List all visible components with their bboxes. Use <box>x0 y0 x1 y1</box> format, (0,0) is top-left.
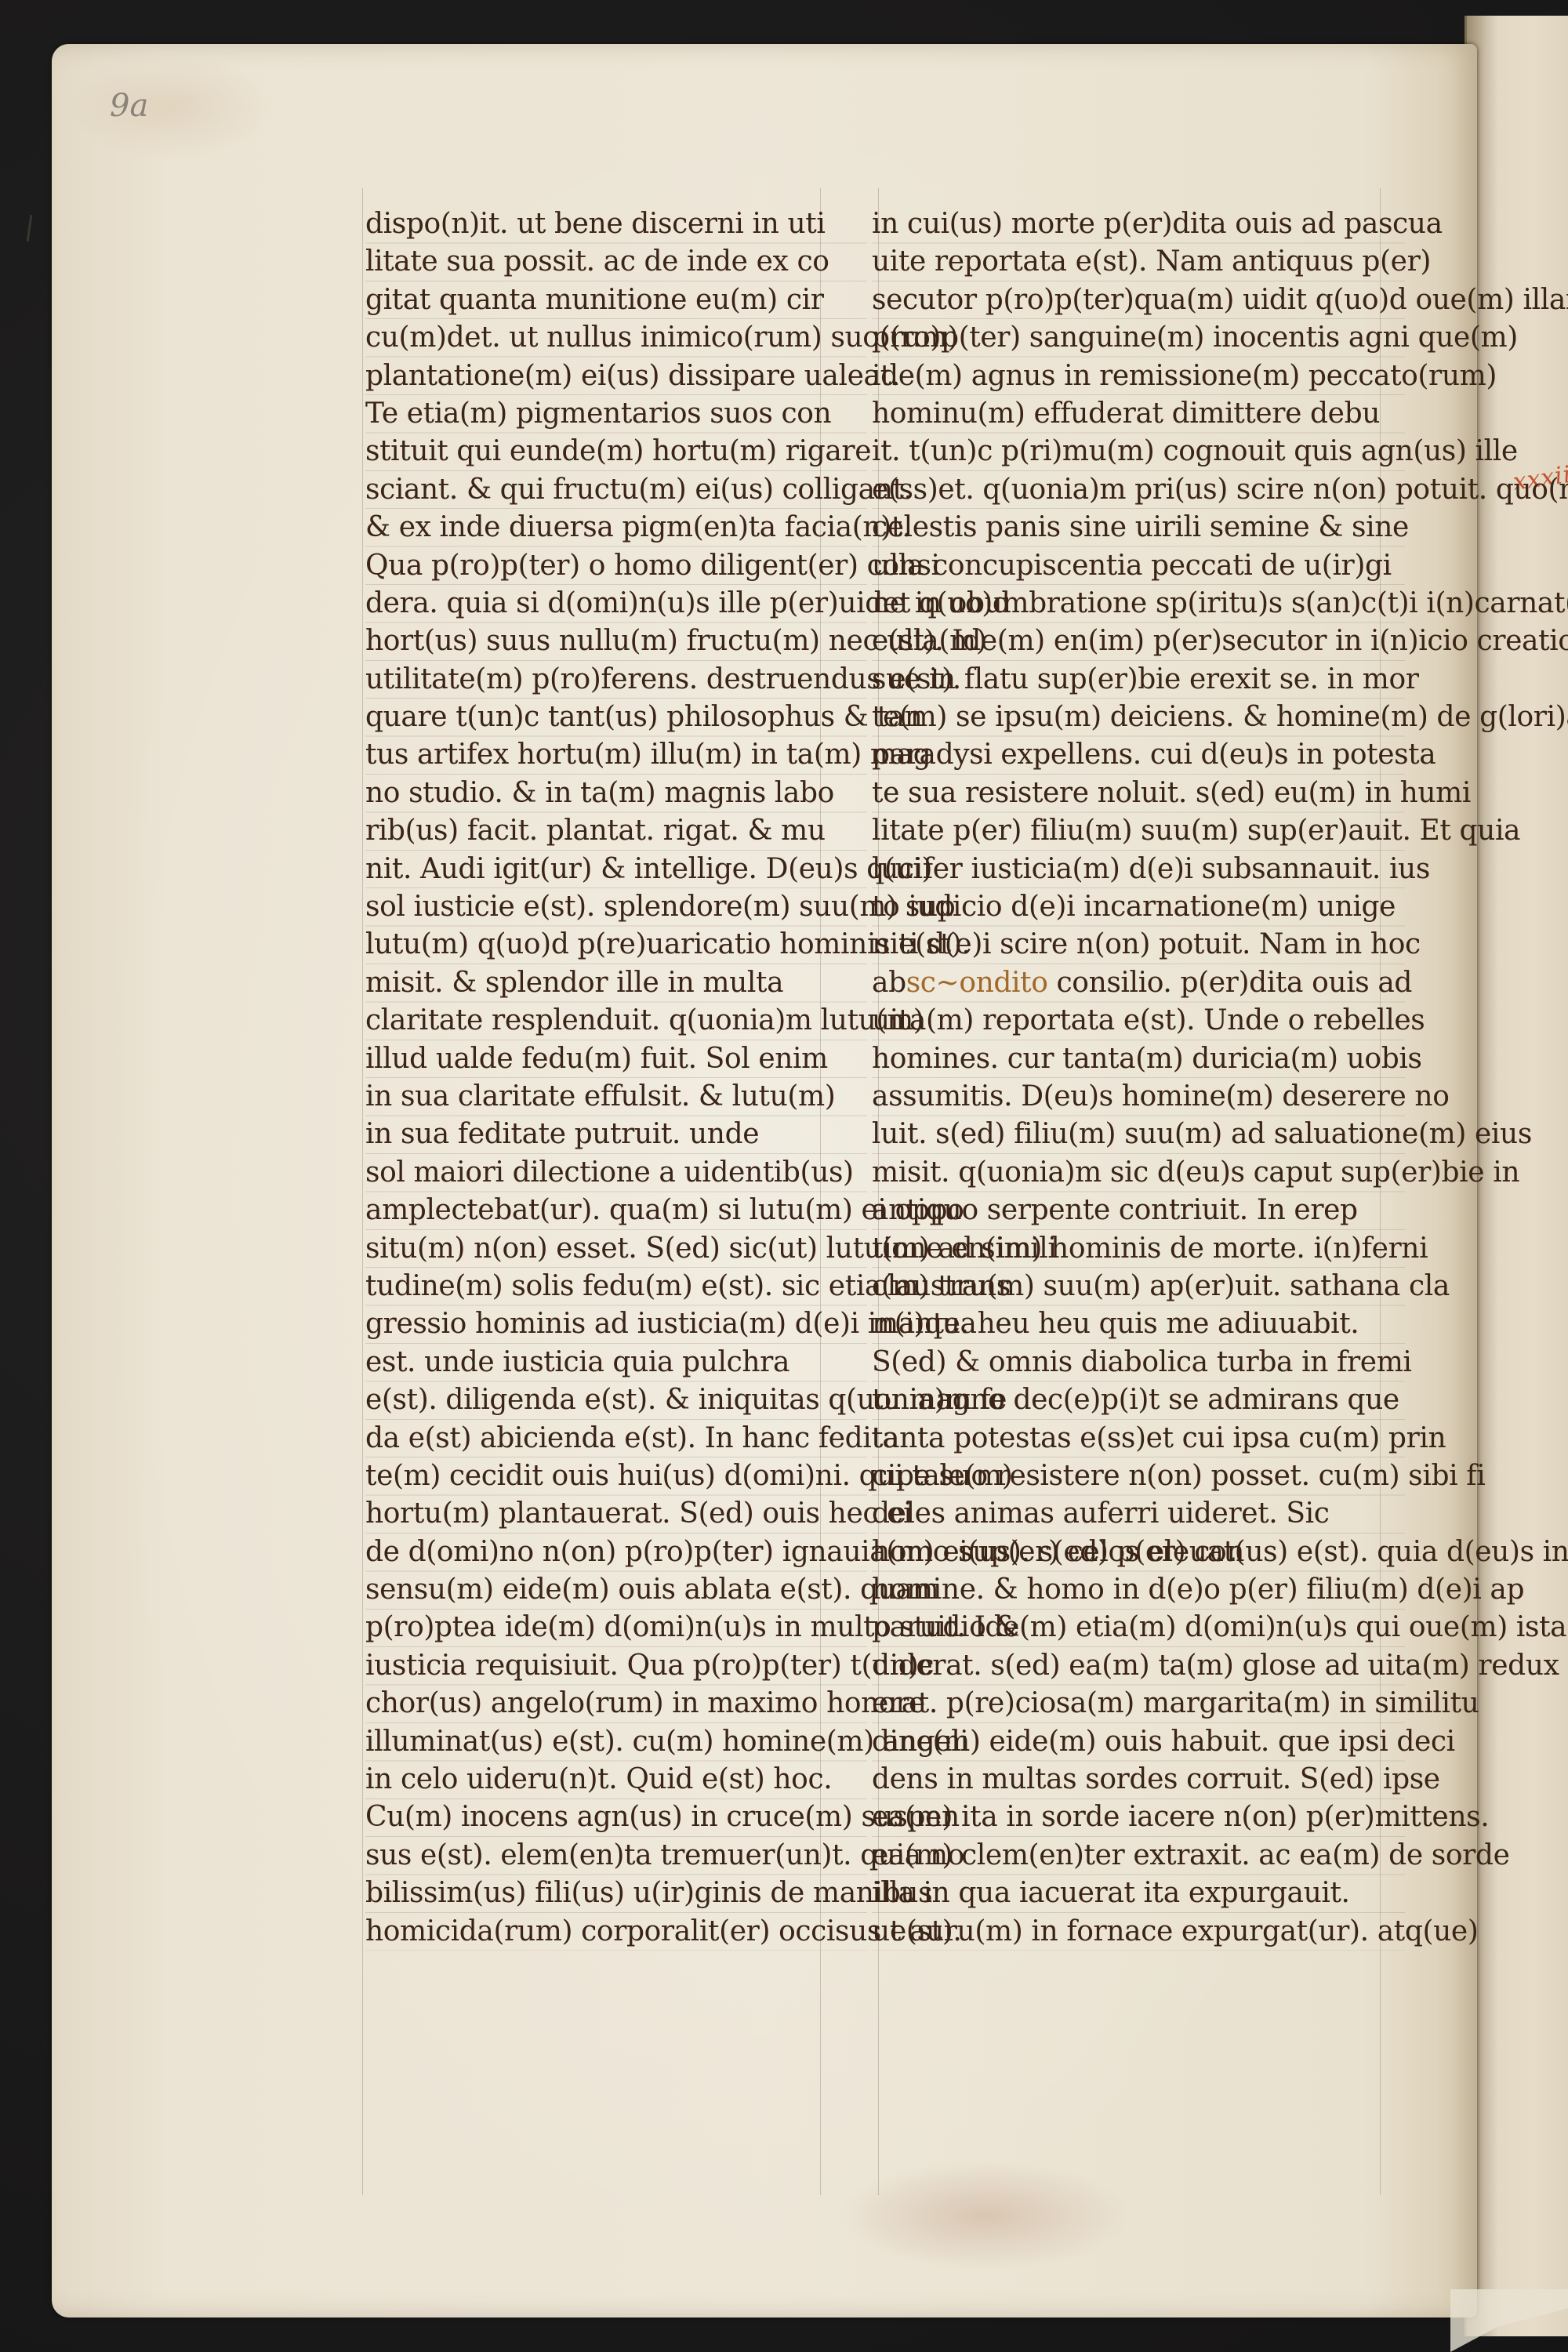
stain-bottom <box>836 2161 1134 2270</box>
text-line: de d(omi)no n(on) p(ro)p(ter) ignauia(m)… <box>365 1534 867 1571</box>
text-line: situ(m) n(on) esset. S(ed) sic(ut) lutu(… <box>365 1230 867 1268</box>
text-line: p(ro)ptea ide(m) d(omi)n(u)s in multo st… <box>365 1609 867 1646</box>
text-line: hort(us) suus nullu(m) fructu(m) nec ull… <box>365 622 867 660</box>
manuscript-scan: xxxiiii· 9a dispo(n)it. ut bene discerni… <box>0 0 1568 2352</box>
text-line: hominu(m) effuderat dimittere debu <box>872 395 1405 433</box>
stain-top-left <box>67 52 271 162</box>
text-line: p(ro)p(ter) sanguine(m) inocentis agni q… <box>872 319 1405 357</box>
text-line: te sua resistere noluit. s(ed) eu(m) in … <box>872 775 1405 812</box>
text-line: in sua feditate putruit. unde <box>365 1116 867 1153</box>
text-line: plantatione(m) ei(us) dissipare ualeat. <box>365 358 867 395</box>
text-line: chor(us) angelo(rum) in maximo honore <box>365 1685 867 1722</box>
text-line: paruit. Ide(m) etia(m) d(omi)n(u)s qui o… <box>872 1609 1405 1646</box>
text-line: luit. s(ed) filiu(m) suu(m) ad saluation… <box>872 1116 1405 1153</box>
text-line: sol maiori dilectione a uidentib(us) <box>365 1154 867 1192</box>
text-line: homine. & homo in d(e)o p(er) filiu(m) d… <box>872 1571 1405 1609</box>
text-line: absc~ondito consilio. p(er)dita ouis ad <box>872 964 1405 1002</box>
text-line: ea(m) ita in sorde iacere n(on) p(er)mit… <box>872 1798 1405 1836</box>
text-line: sol iusticie e(st). splendore(m) suu(m) … <box>365 888 867 926</box>
text-line: utilitate(m) p(ro)ferens. destruendus e(… <box>365 661 867 699</box>
text-line: est. unde iusticia quia pulchra <box>365 1344 867 1381</box>
text-line: homicida(rum) corporalit(er) occisus e(s… <box>365 1913 867 1951</box>
text-line: litate sua possit. ac de inde ex co <box>365 243 867 281</box>
text-column-right: in cui(us) morte p(er)dita ouis ad pascu… <box>872 205 1405 1951</box>
text-line: diderat. s(ed) ea(m) ta(m) glose ad uita… <box>872 1647 1405 1685</box>
text-line: it. t(un)c p(ri)mu(m) cognouit quis agn(… <box>872 433 1405 470</box>
text-line: illuminat(us) e(st). cu(m) homine(m) ang… <box>365 1723 867 1761</box>
text-line: claustru(m) suu(m) ap(er)uit. sathana cl… <box>872 1268 1405 1305</box>
text-line: dera. quia si d(omi)n(u)s ille p(er)uide… <box>365 585 867 622</box>
text-line: tus artifex hortu(m) illu(m) in ta(m) ma… <box>365 736 867 774</box>
text-line: paradysi expellens. cui d(eu)s in potest… <box>872 736 1405 774</box>
text-line: homines. cur tanta(m) duricia(m) uobis <box>872 1040 1405 1078</box>
text-line: lucifer iusticia(m) d(e)i subsannauit. i… <box>872 851 1405 888</box>
ruling-line-left-outer <box>362 188 363 2195</box>
text-line: lutu(m) q(uo)d p(re)uaricatio hominis e(… <box>365 926 867 964</box>
text-line: nit. Audi igit(ur) & intellige. D(eu)s q… <box>365 851 867 888</box>
text-line: sciant. & qui fructu(m) ei(us) colligant… <box>365 471 867 509</box>
text-line: Cu(m) inocens agn(us) in cruce(m) suspen <box>365 1798 867 1836</box>
text-line: in sua claritate effulsit. & lutu(m) <box>365 1078 867 1116</box>
text-line: antiquo serpente contriuit. In erep <box>872 1192 1405 1229</box>
text-line: litate p(er) filiu(m) suu(m) sup(er)auit… <box>872 812 1405 850</box>
text-line: & ex inde diuersa pigm(en)ta facia(n)t. <box>365 509 867 546</box>
folio-number: 9a <box>110 88 148 124</box>
text-line: in celo uideru(n)t. Quid e(st) hoc. <box>365 1761 867 1798</box>
text-line: ea(m) clem(en)ter extraxit. ac ea(m) de … <box>872 1837 1405 1875</box>
text-line: gitat quanta munitione eu(m) cir <box>365 281 867 319</box>
text-line: misit. & splendor ille in multa <box>365 964 867 1002</box>
text-line: illa in qua iacuerat ita expurgauit. <box>872 1875 1405 1912</box>
text-line: e(st). Ide(m) en(im) p(er)secutor in i(n… <box>872 622 1405 660</box>
text-line: homo sup(er) celos eleuat(us) e(st). qui… <box>872 1534 1405 1571</box>
text-line: sue in flatu sup(er)bie erexit se. in mo… <box>872 661 1405 699</box>
text-line: sensu(m) eide(m) ouis ablata e(st). quam <box>365 1571 867 1609</box>
text-line: uita(m) reportata e(st). Unde o rebelles <box>872 1002 1405 1040</box>
text-line: dispo(n)it. ut bene discerni in uti <box>365 205 867 243</box>
text-line: ulla concupiscentia peccati de u(ir)gi <box>872 547 1405 585</box>
rubricated-word: sc~ondito <box>906 967 1048 999</box>
text-line: claritate resplenduit. q(uonia)m lutu(m) <box>365 1002 867 1040</box>
text-line: misit. q(uonia)m sic d(eu)s caput sup(er… <box>872 1154 1405 1192</box>
text-line: iusticia requisiuit. Qua p(ro)p(ter) t(u… <box>365 1647 867 1685</box>
text-line: S(ed) & omnis diabolica turba in fremi <box>872 1344 1405 1381</box>
text-line: te(m) se ipsu(m) deiciens. & homine(m) d… <box>872 699 1405 736</box>
text-line: amplectebat(ur). qua(m) si lutu(m) ei op… <box>365 1192 867 1229</box>
text-line: no studio. & in ta(m) magnis labo <box>365 775 867 812</box>
text-line: tudine(m) solis fedu(m) e(st). sic etia(… <box>365 1268 867 1305</box>
text-line: in cui(us) morte p(er)dita ouis ad pascu… <box>872 205 1405 243</box>
text-line: dens in multas sordes corruit. S(ed) ips… <box>872 1761 1405 1798</box>
text-line: stituit qui eunde(m) hortu(m) rigare <box>365 433 867 470</box>
text-line: illud ualde fedu(m) fuit. Sol enim <box>365 1040 867 1078</box>
text-line: to iudicio d(e)i incarnatione(m) unige <box>872 888 1405 926</box>
text-column-left: dispo(n)it. ut bene discerni in utilitat… <box>365 205 867 1951</box>
text-line: cipe suo resistere n(on) posset. cu(m) s… <box>872 1457 1405 1495</box>
text-line: assumitis. D(eu)s homine(m) deserere no <box>872 1078 1405 1116</box>
text-line: secutor p(ro)p(ter)qua(m) uidit q(uo)d o… <box>872 281 1405 319</box>
text-line: tanta potestas e(ss)et cui ipsa cu(m) pr… <box>872 1420 1405 1457</box>
text-line: cu(m)det. ut nullus inimico(rum) suo(rum… <box>365 319 867 357</box>
text-line: e(ss)et. q(uonia)m pri(us) scire n(on) p… <box>872 471 1405 509</box>
text-line: tione en(im) hominis de morte. i(n)ferni <box>872 1230 1405 1268</box>
margin-tick-mark <box>27 215 33 241</box>
text-line: erat. p(re)ciosa(m) margarita(m) in simi… <box>872 1685 1405 1722</box>
text-line: ide(m) agnus in remissione(m) peccato(ru… <box>872 358 1405 395</box>
text-line: celestis panis sine uirili semine & sine <box>872 509 1405 546</box>
text-line: da e(st) abicienda e(st). In hanc fedita <box>365 1420 867 1457</box>
text-line: deles animas auferri uideret. Sic <box>872 1495 1405 1533</box>
text-line: quare t(un)c tant(us) philosophus & tan <box>365 699 867 736</box>
text-line: e(st). diligenda e(st). & iniquitas q(uo… <box>365 1381 867 1419</box>
text-line: gressio hominis ad iusticia(m) d(e)i in(… <box>365 1305 867 1343</box>
text-line: dine(m) eide(m) ouis habuit. que ipsi de… <box>872 1723 1405 1761</box>
text-line: uite reportata e(st). Nam antiquus p(er) <box>872 243 1405 281</box>
text-line: ut auru(m) in fornace expurgat(ur). atq(… <box>872 1913 1405 1951</box>
text-line: mante. heu heu quis me adiuuabit. <box>872 1305 1405 1343</box>
text-line: niti d(e)i scire n(on) potuit. Nam in ho… <box>872 926 1405 964</box>
text-line: ne in obumbratione sp(iritu)s s(an)c(t)i… <box>872 585 1405 622</box>
text-line: tu magno dec(e)p(i)t se admirans que <box>872 1381 1405 1419</box>
text-line: bilissim(us) fili(us) u(ir)ginis de mani… <box>365 1875 867 1912</box>
text-line: sus e(st). elem(en)ta tremuer(un)t. quia… <box>365 1837 867 1875</box>
text-line: hortu(m) plantauerat. S(ed) ouis hec ei <box>365 1495 867 1533</box>
text-line: te(m) cecidit ouis hui(us) d(omi)ni. qui… <box>365 1457 867 1495</box>
text-line: rib(us) facit. plantat. rigat. & mu <box>365 812 867 850</box>
text-line: Te etia(m) pigmentarios suos con <box>365 395 867 433</box>
text-line: Qua p(ro)p(ter) o homo diligent(er) cons… <box>365 547 867 585</box>
